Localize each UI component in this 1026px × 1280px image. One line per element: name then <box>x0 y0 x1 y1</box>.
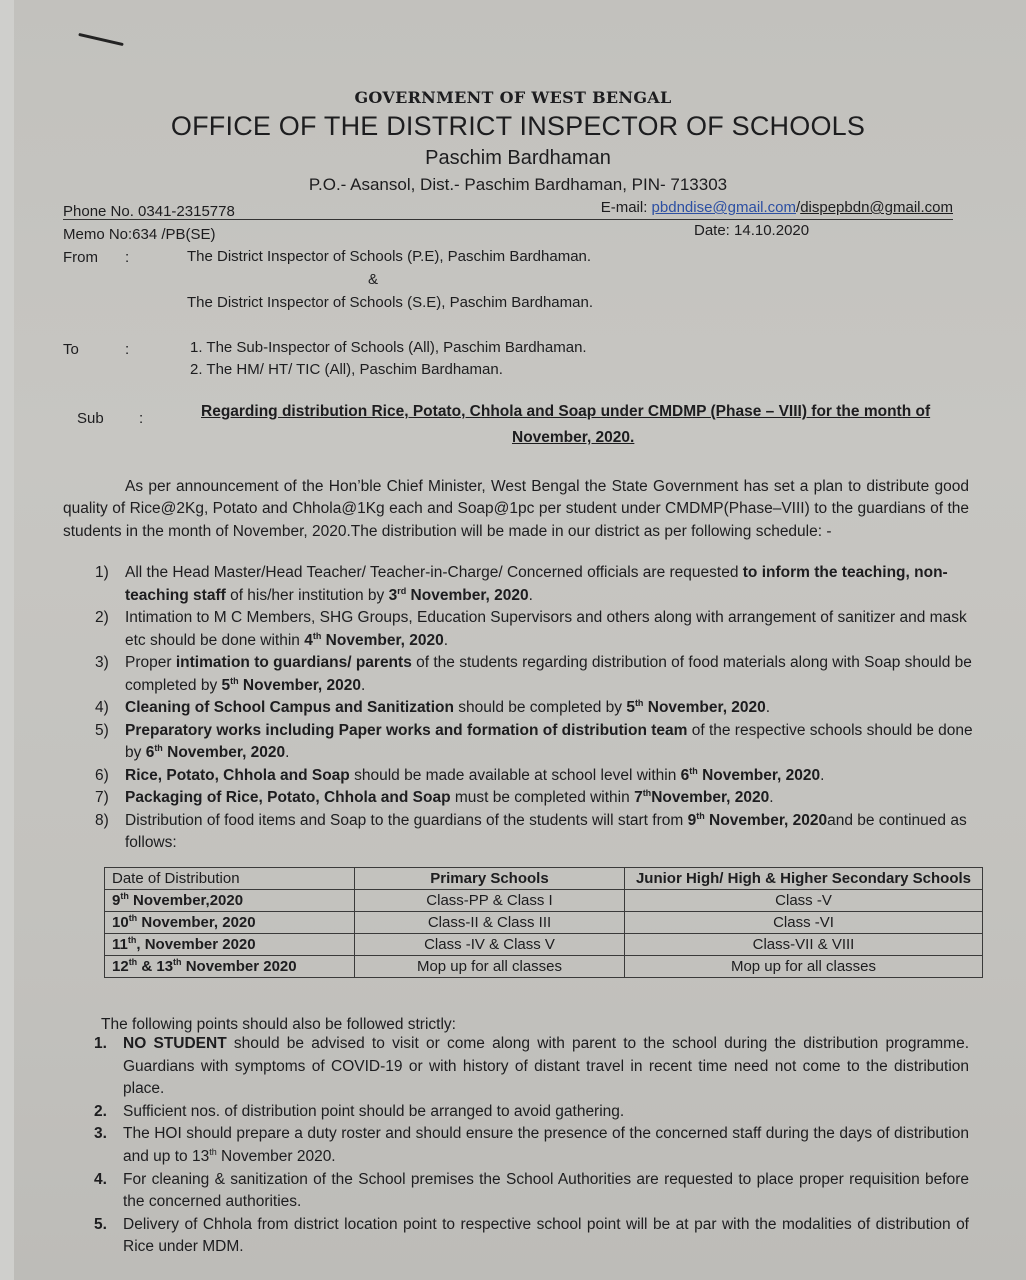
point-text: Sufficient nos. of distribution point sh… <box>123 1103 624 1120</box>
item-text: . <box>444 632 448 649</box>
cell-primary: Class-PP & Class I <box>355 890 625 912</box>
schedule-item: 2)Intimation to M C Members, SHG Groups,… <box>63 607 973 652</box>
item-emphasis: Packaging of Rice, Potato, Chhola and So… <box>125 789 451 806</box>
cell-secondary: Class -VI <box>625 912 983 934</box>
to-line-2: 2. The HM/ HT/ TIC (All), Paschim Bardha… <box>190 361 503 378</box>
point-number: 1. <box>94 1033 107 1056</box>
district-name: Paschim Bardhaman <box>0 147 1026 170</box>
cell-date: 10th November, 2020 <box>105 912 355 934</box>
cell-date: 12th & 13th November 2020 <box>105 956 355 978</box>
phone-number: Phone No. 0341-2315778 <box>63 203 235 220</box>
item-text: Proper <box>125 654 176 671</box>
cell-date: 11th, November 2020 <box>105 934 355 956</box>
from-line-2: The District Inspector of Schools (S.E),… <box>187 294 593 311</box>
item-text: . <box>769 789 773 806</box>
ordinal-suffix: th <box>696 811 705 821</box>
point-item: 1.NO STUDENT should be advised to visit … <box>63 1033 969 1101</box>
point-item: 3.The HOI should prepare a duty roster a… <box>63 1123 969 1168</box>
cell-primary: Class-II & Class III <box>355 912 625 934</box>
point-number: 5. <box>94 1214 107 1237</box>
item-number: 8) <box>95 810 109 833</box>
table-row: 12th & 13th November 2020Mop up for all … <box>105 956 983 978</box>
cell-secondary: Class-VII & VIII <box>625 934 983 956</box>
intro-paragraph: As per announcement of the Hon’ble Chief… <box>63 476 969 543</box>
office-title: OFFICE OF THE DISTRICT INSPECTOR OF SCHO… <box>0 111 1026 142</box>
schedule-item: 6)Rice, Potato, Chhola and Soap should b… <box>63 765 973 788</box>
ordinal-suffix: th <box>313 631 322 641</box>
item-number: 4) <box>95 697 109 720</box>
item-number: 5) <box>95 720 109 743</box>
ordinal-suffix: th <box>230 676 239 686</box>
item-text: . <box>361 677 365 694</box>
cell-date: 9th November,2020 <box>105 890 355 912</box>
cell-secondary: Class -V <box>625 890 983 912</box>
item-emphasis: Preparatory works including Paper works … <box>125 722 687 739</box>
point-text: For cleaning & sanitization of the Schoo… <box>123 1171 969 1211</box>
item-deadline: 7thNovember, 2020 <box>634 789 769 806</box>
ordinal-suffix: th <box>129 957 138 967</box>
ordinal-suffix: th <box>154 743 163 753</box>
item-number: 7) <box>95 787 109 810</box>
point-text: should be advised to visit or come along… <box>123 1035 969 1097</box>
item-number: 1) <box>95 562 109 585</box>
distribution-table: Date of Distribution Primary Schools Jun… <box>104 867 983 978</box>
item-text: must be completed within <box>451 789 635 806</box>
email-label: E-mail: <box>601 199 652 216</box>
to-label: To <box>63 341 79 358</box>
item-text: of his/her institution by <box>226 587 389 604</box>
contact-row: Phone No. 0341-2315778 E-mail: pbdndise@… <box>63 199 953 220</box>
memo-date: Date: 14.10.2020 <box>694 222 809 239</box>
item-text: . <box>285 744 289 761</box>
item-text: Intimation to M C Members, SHG Groups, E… <box>125 609 967 649</box>
government-title: GOVERNMENT OF WEST BENGAL <box>0 88 1026 107</box>
item-text: . <box>529 587 533 604</box>
from-colon: : <box>125 249 129 266</box>
ordinal-suffix: th <box>209 1147 217 1157</box>
cell-primary: Mop up for all classes <box>355 956 625 978</box>
ordinal-suffix: th <box>643 788 652 798</box>
point-emphasis: NO STUDENT <box>123 1035 227 1052</box>
item-text: . <box>820 767 824 784</box>
table-header-row: Date of Distribution Primary Schools Jun… <box>105 868 983 890</box>
item-text: should be made available at school level… <box>350 767 681 784</box>
schedule-item: 1)All the Head Master/Head Teacher/ Teac… <box>63 562 973 607</box>
point-item: 2.Sufficient nos. of distribution point … <box>63 1101 969 1124</box>
ordinal-suffix: rd <box>397 586 406 596</box>
subject-line-1: Regarding distribution Rice, Potato, Chh… <box>201 403 930 421</box>
item-emphasis: intimation to guardians/ parents <box>176 654 412 671</box>
schedule-item: 4)Cleaning of School Campus and Sanitiza… <box>63 697 973 720</box>
table-row: 11th, November 2020Class -IV & Class VCl… <box>105 934 983 956</box>
point-number: 3. <box>94 1123 107 1146</box>
item-number: 6) <box>95 765 109 788</box>
header-date: Date of Distribution <box>105 868 355 890</box>
ordinal-suffix: th <box>689 766 698 776</box>
schedule-item: 8)Distribution of food items and Soap to… <box>63 810 973 855</box>
item-deadline: 3rd November, 2020 <box>389 587 529 604</box>
table-row: 9th November,2020Class-PP & Class IClass… <box>105 890 983 912</box>
from-line-1: The District Inspector of Schools (P.E),… <box>187 248 591 265</box>
header-secondary: Junior High/ High & Higher Secondary Sch… <box>625 868 983 890</box>
to-colon: : <box>125 341 129 358</box>
intro-text: As per announcement of the Hon’ble Chief… <box>63 478 969 540</box>
point-item: 5.Delivery of Chhola from district locat… <box>63 1214 969 1259</box>
memo-number: Memo No:634 /PB(SE) <box>63 226 216 243</box>
point-text: Delivery of Chhola from district locatio… <box>123 1216 969 1256</box>
point-item: 4.For cleaning & sanitization of the Sch… <box>63 1169 969 1214</box>
item-deadline: 4th November, 2020 <box>304 632 443 649</box>
points-list: 1.NO STUDENT should be advised to visit … <box>63 1033 969 1259</box>
schedule-item: 3)Proper intimation to guardians/ parent… <box>63 652 973 697</box>
office-address: P.O.- Asansol, Dist.- Paschim Bardhaman,… <box>0 175 1026 195</box>
point-number: 4. <box>94 1169 107 1192</box>
item-text: Distribution of food items and Soap to t… <box>125 812 688 829</box>
subject-colon: : <box>139 410 143 427</box>
schedule-list: 1)All the Head Master/Head Teacher/ Teac… <box>63 562 973 855</box>
item-text: should be completed by <box>454 699 626 716</box>
email-line: E-mail: pbdndise@gmail.com/dispepbdn@gma… <box>601 199 953 216</box>
ordinal-suffix: th <box>129 913 138 923</box>
follow-heading: The following points should also be foll… <box>101 1016 456 1034</box>
cell-secondary: Mop up for all classes <box>625 956 983 978</box>
schedule-item: 7)Packaging of Rice, Potato, Chhola and … <box>63 787 973 810</box>
point-text: November 2020. <box>217 1148 336 1165</box>
ordinal-suffix: th <box>128 935 137 945</box>
item-deadline: 9th November, 2020 <box>688 812 827 829</box>
item-deadline: 6th November, 2020 <box>681 767 820 784</box>
item-deadline: 5th November, 2020 <box>222 677 361 694</box>
cell-primary: Class -IV & Class V <box>355 934 625 956</box>
email-link-2[interactable]: dispepbdn@gmail.com <box>800 199 953 216</box>
item-number: 2) <box>95 607 109 630</box>
schedule-item: 5)Preparatory works including Paper work… <box>63 720 973 765</box>
subject-line-2: November, 2020. <box>512 429 634 447</box>
item-text: All the Head Master/Head Teacher/ Teache… <box>125 564 743 581</box>
subject-label: Sub <box>77 410 104 427</box>
from-ampersand: & <box>368 271 378 288</box>
ordinal-suffix: th <box>635 698 644 708</box>
item-text: . <box>766 699 770 716</box>
item-emphasis: Cleaning of School Campus and Sanitizati… <box>125 699 454 716</box>
to-line-1: 1. The Sub-Inspector of Schools (All), P… <box>190 339 587 356</box>
ordinal-suffix: th <box>120 891 129 901</box>
email-link-1[interactable]: pbdndise@gmail.com <box>652 199 796 216</box>
item-number: 3) <box>95 652 109 675</box>
from-label: From <box>63 249 98 266</box>
item-emphasis: Rice, Potato, Chhola and Soap <box>125 767 350 784</box>
point-number: 2. <box>94 1101 107 1124</box>
item-deadline: 5th November, 2020 <box>626 699 765 716</box>
item-deadline: 6th November, 2020 <box>146 744 285 761</box>
table-row: 10th November, 2020Class-II & Class IIIC… <box>105 912 983 934</box>
header-primary: Primary Schools <box>355 868 625 890</box>
ordinal-suffix: th <box>173 957 182 967</box>
